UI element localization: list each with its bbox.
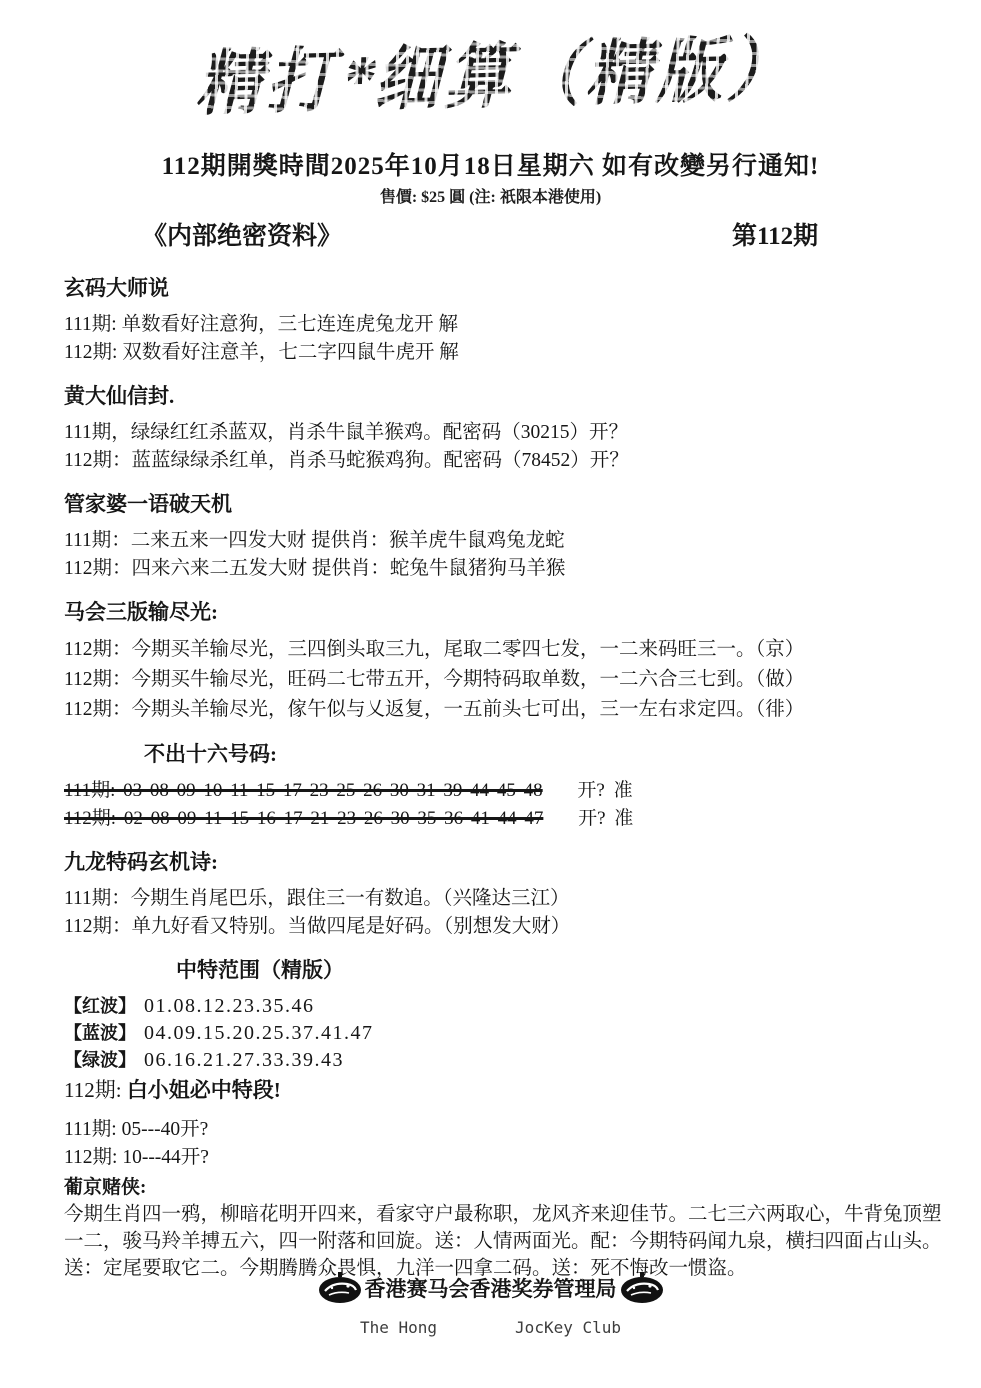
blue-wave-label: 【蓝波】 <box>64 1023 136 1043</box>
baixiaojie-range-111: 111期: 05---40开? <box>64 1116 935 1144</box>
jiulong-line-111: 111期：今期生肖尾巴乐，跟住三一有数追。（兴隆达三江） <box>64 885 935 913</box>
hkjc-oval-logo-icon-right <box>619 1272 665 1304</box>
footer-organization: 香港赛马会香港奖券管理局 <box>0 1272 981 1304</box>
green-wave-label: 【绿波】 <box>64 1050 136 1070</box>
excluded-numbers-struck-112: 112期: 02 08 09 11 15 16 17 21 23 26 30 3… <box>64 808 543 829</box>
excluded-numbers-suffix-112: 开? 准 <box>578 808 633 829</box>
guanjiapo-line-112: 112期：四来六来二五发大财 提供肖：蛇兔牛鼠猪狗马羊猴 <box>64 555 935 583</box>
guanjiapo-line-111: 111期：二来五来一四发大财 提供肖：猴羊虎牛鼠鸡兔龙蛇 <box>64 527 935 555</box>
excluded-numbers-row-112: 112期: 02 08 09 11 15 16 17 21 23 26 30 3… <box>64 805 935 833</box>
blue-wave-numbers: 04.09.15.20.25.37.41.47 <box>144 1022 374 1044</box>
xuanma-line-111: 111期: 单数看好注意狗，三七连连虎兔龙开 解 <box>64 311 935 339</box>
issue-number: 第112期 <box>732 216 818 252</box>
footer-english-line: The Hong JocKey Club <box>0 1318 981 1337</box>
section-heading-baixiaojie: 112期: 白小姐必中特段! <box>64 1074 935 1104</box>
section-heading-xuanma: 玄码大师说 <box>64 272 935 302</box>
section-heading-buchu16: 不出十六号码: <box>144 738 935 768</box>
baixiaojie-range-112: 112期: 10---44开? <box>64 1144 935 1172</box>
excluded-numbers-struck-111: 111期: 03 08 09 10 11 15 17 23 25 26 30 3… <box>64 780 543 801</box>
mahui-line-3: 112期：今期头羊输尽光，傢午似与乂返复，一五前头七可出，三一左右求定四。（徘） <box>64 695 935 725</box>
red-wave-numbers: 01.08.12.23.35.46 <box>144 995 315 1017</box>
hkjc-oval-logo-icon <box>317 1272 363 1304</box>
section-heading-huangdaxian: 黄大仙信封. <box>64 380 935 410</box>
masthead-title-art: 精打*细算（精版） <box>0 26 981 144</box>
footer-english-left: The Hong <box>360 1318 437 1337</box>
huangdaxian-line-112: 112期：蓝蓝绿绿杀红单，肖杀马蛇猴鸡狗。配密码（78452）开？ <box>64 447 935 475</box>
lottery-tip-sheet-page: 精打*细算（精版） 112期開獎時間2025年10月18日星期六 如有改變另行通… <box>0 0 981 1388</box>
section-heading-guanjiapo: 管家婆一语破天机 <box>64 488 935 518</box>
masthead-title-text: 精打*细算（精版） <box>190 11 818 129</box>
footer-organization-text: 香港赛马会香港奖券管理局 <box>365 1273 617 1303</box>
excluded-numbers-suffix-111: 开? 准 <box>577 780 632 801</box>
wave-row-blue: 【蓝波】04.09.15.20.25.37.41.47 <box>64 1020 935 1047</box>
baixiaojie-issue-prefix: 112期: <box>64 1078 127 1102</box>
huangdaxian-line-111: 111期，绿绿红红杀蓝双，肖杀牛鼠羊猴鸡。配密码（30215）开？ <box>64 419 935 447</box>
footer-english-right: JocKey Club <box>515 1318 621 1337</box>
price-line: 售價: $25 圓 (注: 祇限本港使用) <box>0 184 981 207</box>
issue-header: 《内部绝密资料》 第112期 <box>0 216 981 250</box>
jiulong-line-112: 112期：单九好看又特别。当做四尾是好码。（别想发大财） <box>64 913 935 941</box>
pujing-verse-line-2: 一二，骏马羚羊搏五六，四一附落和回旋。送：人情两面光。配：今期特码闻九泉，横扫四… <box>64 1228 935 1255</box>
section-heading-zhongte: 中特范围（精版） <box>176 954 935 984</box>
draw-date-notice: 112期開獎時間2025年10月18日星期六 如有改變另行通知! <box>0 146 981 182</box>
green-wave-numbers: 06.16.21.27.33.39.43 <box>144 1049 344 1071</box>
section-heading-mahui: 马会三版输尽光: <box>64 596 935 626</box>
mahui-line-1: 112期：今期买羊输尽光，三四倒头取三九，尾取二零四七发，一二来码旺三一。（京） <box>64 635 935 665</box>
excluded-numbers-row-111: 111期: 03 08 09 10 11 15 17 23 25 26 30 3… <box>64 777 935 805</box>
pujing-verse-line-1: 今期生肖四一鸦，柳暗花明开四来，看家守户最称职，龙风齐来迎佳节。二七三六两取心，… <box>64 1201 935 1228</box>
section-heading-jiulong: 九龙特码玄机诗: <box>64 846 935 876</box>
wave-row-red: 【红波】01.08.12.23.35.46 <box>64 993 935 1020</box>
confidential-title: 《内部绝密资料》 <box>142 216 342 252</box>
section-heading-pujing: 葡京赌侠: <box>64 1172 935 1199</box>
main-content: 玄码大师说 111期: 单数看好注意狗，三七连连虎兔龙开 解 112期: 双数看… <box>64 272 935 1282</box>
baixiaojie-heading-main: 白小姐必中特段! <box>127 1078 281 1102</box>
red-wave-label: 【红波】 <box>64 996 136 1016</box>
wave-row-green: 【绿波】06.16.21.27.33.39.43 <box>64 1047 935 1074</box>
xuanma-line-112: 112期: 双数看好注意羊，七二字四鼠牛虎开 解 <box>64 339 935 367</box>
mahui-line-2: 112期：今期买牛输尽光，旺码二七带五开，今期特码取单数，一二六合三七到。（做） <box>64 665 935 695</box>
